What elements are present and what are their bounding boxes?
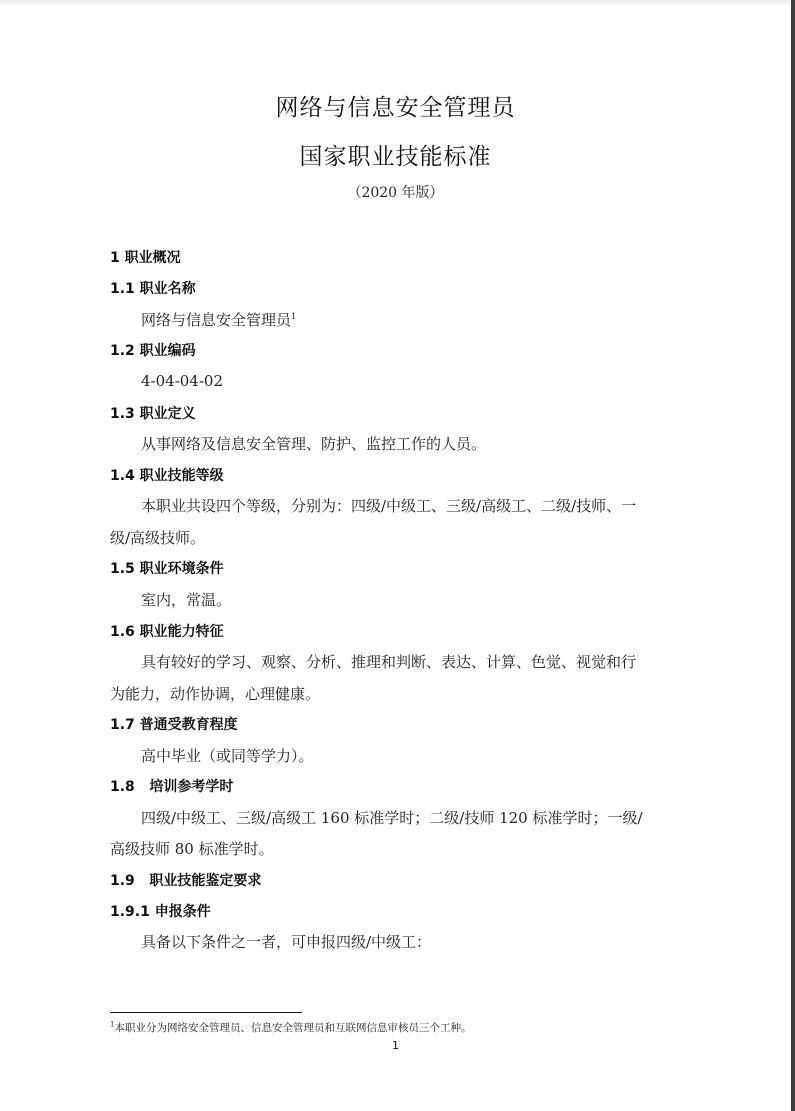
section-heading-1: 1 职业概况 xyxy=(110,247,181,267)
education-level: 高中毕业（或同等学力）。 xyxy=(141,745,711,766)
footnote: 1本职业分为网络安全管理员、信息安全管理员和互联网信息审核员三个工种。 xyxy=(110,1020,471,1035)
occupation-code: 4-04-04-02 xyxy=(141,372,711,390)
footnote-divider xyxy=(110,1012,302,1013)
document-title: 网络与信息安全管理员 xyxy=(0,89,791,122)
ability-traits-line1: 具有较好的学习、观察、分析、推理和判断、表达、计算、色觉、视觉和行 xyxy=(141,651,711,672)
work-environment: 室内，常温。 xyxy=(141,589,711,610)
skill-levels-line2: 级/高级技师。 xyxy=(110,527,680,548)
section-heading-1-1: 1.1 职业名称 xyxy=(110,278,196,298)
section-heading-1-8: 1.8 培训参考学时 xyxy=(110,776,233,796)
training-hours-line2: 高级技师 80 标准学时。 xyxy=(110,838,680,859)
ability-traits-line2: 为能力，动作协调，心理健康。 xyxy=(110,683,680,704)
training-hours-line1: 四级/中级工、三级/高级工 160 标准学时；二级/技师 120 标准学时；一级… xyxy=(141,807,711,828)
section-heading-1-7: 1.7 普通受教育程度 xyxy=(110,714,238,734)
footnote-text: 本职业分为网络安全管理员、信息安全管理员和互联网信息审核员三个工种。 xyxy=(114,1022,471,1034)
section-heading-1-3: 1.3 职业定义 xyxy=(110,403,196,423)
section-heading-1-4: 1.4 职业技能等级 xyxy=(110,465,224,485)
page-top-shadow xyxy=(0,0,791,6)
viewer-scrollbar-edge xyxy=(791,0,795,1111)
section-heading-1-5: 1.5 职业环境条件 xyxy=(110,558,224,578)
edition-label: （2020 年版） xyxy=(0,182,791,202)
footnote-ref: 1 xyxy=(291,312,296,321)
occupation-name: 网络与信息安全管理员1 xyxy=(141,309,711,330)
skill-levels-line1: 本职业共设四个等级，分别为：四级/中级工、三级/高级工、二级/技师、一 xyxy=(141,495,711,516)
page-number: 1 xyxy=(0,1039,791,1052)
section-heading-1-2: 1.2 职业编码 xyxy=(110,340,196,360)
document-subtitle: 国家职业技能标准 xyxy=(0,138,791,171)
occupation-name-text: 网络与信息安全管理员 xyxy=(141,311,291,329)
section-heading-1-9: 1.9 职业技能鉴定要求 xyxy=(110,870,261,890)
section-heading-1-9-1: 1.9.1 申报条件 xyxy=(110,901,211,921)
occupation-definition: 从事网络及信息安全管理、防护、监控工作的人员。 xyxy=(141,433,711,454)
application-conditions: 具备以下条件之一者，可申报四级/中级工： xyxy=(141,931,711,952)
document-page: 网络与信息安全管理员 国家职业技能标准 （2020 年版） 1 职业概况 1.1… xyxy=(0,0,791,1111)
section-heading-1-6: 1.6 职业能力特征 xyxy=(110,621,224,641)
